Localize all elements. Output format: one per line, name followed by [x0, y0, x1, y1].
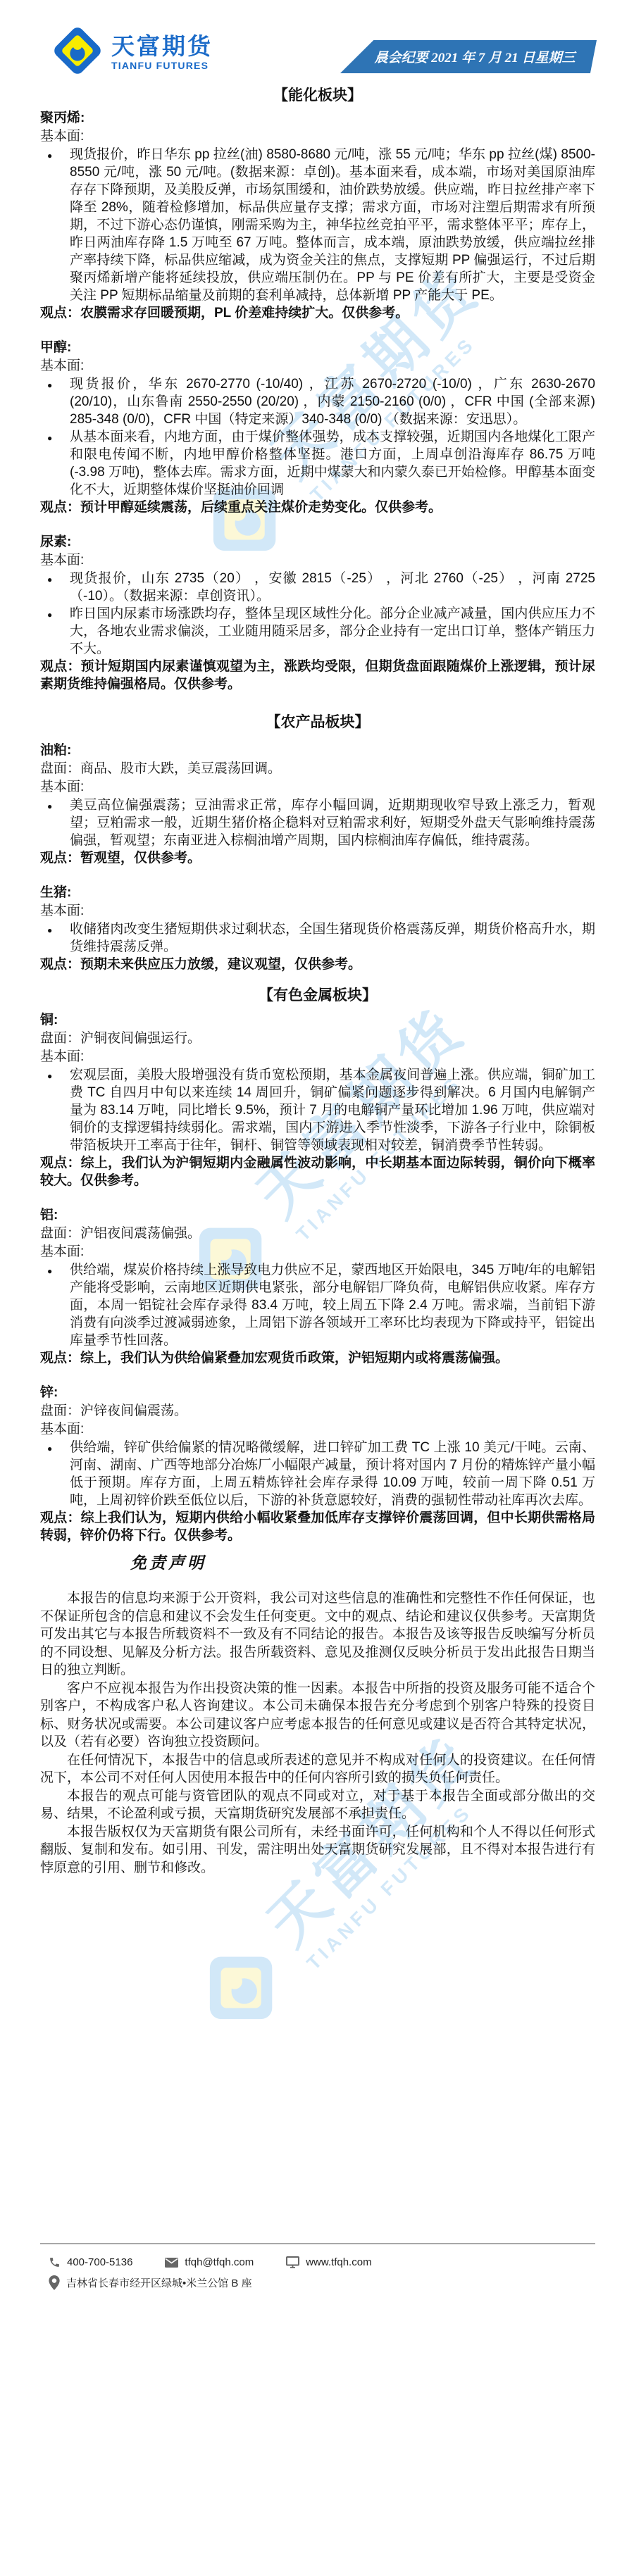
viewpoint: 观点：综上，我们认为沪铜短期内金融属性波动影响，中长期基本面边际转弱，铜价向下概…: [40, 1154, 595, 1189]
bullet-item: 从基本面来看，内地方面，由于煤价整体强势，成本支撑较强，近期国内各地煤化工限产和…: [40, 428, 595, 499]
viewpoint: 观点：暂观望，仅供参考。: [40, 849, 595, 867]
section-title: 【有色金属板块】: [40, 986, 595, 1005]
address-text: 吉林省长春市经开区绿城•米兰公馆 B 座: [66, 2275, 252, 2290]
viewpoint: 观点：农膜需求存回暖预期，PL 价差难持续扩大。仅供参考。: [40, 304, 595, 322]
disclaimer-paragraph: 在任何情况下，本报告中的信息或所表述的意见并不构成对任何人的投资建议。在任何情况…: [40, 1751, 595, 1787]
product-live-hogs: 生猪: 基本面: 收储猪肉改变生猪短期供求过剩状态，全国生猪现货价格震荡反弹，期…: [40, 884, 595, 973]
section-title: 【能化板块】: [40, 86, 595, 105]
viewpoint: 观点：综上，我们认为供给偏紧叠加宏观货币政策，沪铝短期内或将震荡偏强。: [40, 1349, 595, 1367]
product-polypropylene: 聚丙烯: 基本面: 现货报价，昨日华东 pp 拉丝(油) 8580-8680 元…: [40, 109, 595, 322]
section-energy-chemical: 【能化板块】 聚丙烯: 基本面: 现货报价，昨日华东 pp 拉丝(油) 8580…: [40, 86, 595, 710]
disclaimer-paragraph: 本报告版权仅为天富期货有限公司所有，未经书面许可，任何机构和个人不得以任何形式翻…: [40, 1823, 595, 1877]
tianfu-diamond-watermark-icon: [176, 1923, 308, 2055]
disclaimer-paragraph: 本报告的信息均来源于公开资料，我公司对这些信息的准确性和完整性不作任何保证，也不…: [40, 1589, 595, 1680]
basics-label: 基本面:: [40, 551, 595, 570]
market-line: 盘面：沪锌夜间偏震荡。: [40, 1402, 595, 1420]
product-zinc: 锌: 盘面：沪锌夜间偏震荡。 基本面: 供给端，锌矿供给偏紧的情况略微缓解，进口…: [40, 1384, 595, 1544]
product-urea: 尿素: 基本面: 现货报价，山东 2735（20） ，安徽 2815（-25） …: [40, 533, 595, 693]
company-name-en: TIANFU FUTURES: [111, 59, 213, 72]
product-methanol: 甲醇: 基本面: 现货报价，华东 2670-2770 (-10/40) ，江苏 …: [40, 339, 595, 516]
bullet-item: 现货报价，昨日华东 pp 拉丝(油) 8580-8680 元/吨，涨 55 元/…: [40, 146, 595, 304]
basics-label: 基本面:: [40, 778, 595, 796]
product-name: 铜:: [40, 1011, 595, 1030]
basics-label: 基本面:: [40, 1420, 595, 1439]
market-line: 盘面：沪铜夜间偏强运行。: [40, 1030, 595, 1048]
basics-label: 基本面:: [40, 357, 595, 375]
footer-phone: 400-700-5136: [49, 2256, 132, 2268]
section-title: 【农产品板块】: [40, 713, 595, 732]
basics-label: 基本面:: [40, 902, 595, 920]
report-title-date: 晨会纪要 2021 年 7 月 21 日星期三: [361, 47, 575, 66]
product-copper: 铜: 盘面：沪铜夜间偏强运行。 基本面: 宏观层面，美股大股增强没有货币宽松预期…: [40, 1011, 595, 1189]
bullet-item: 现货报价，山东 2735（20） ，安徽 2815（-25） ，河北 2760（…: [40, 570, 595, 605]
tianfu-diamond-logo-icon: [51, 24, 104, 81]
basics-label: 基本面:: [40, 1243, 595, 1261]
market-line: 盘面：商品、股市大跌，美豆震荡回调。: [40, 760, 595, 778]
market-line: 盘面：沪铝夜间震荡偏强。: [40, 1225, 595, 1243]
product-name: 铝:: [40, 1206, 595, 1225]
company-name-cn: 天富期货: [111, 34, 213, 59]
footer-website: www.tfqh.com: [286, 2256, 371, 2268]
product-name: 聚丙烯:: [40, 109, 595, 127]
basics-label: 基本面:: [40, 127, 595, 146]
report-title-banner: 晨会纪要 2021 年 7 月 21 日星期三: [340, 40, 597, 73]
footer-email: tfqh@tfqh.com: [165, 2256, 254, 2268]
location-pin-icon: [49, 2275, 60, 2290]
phone-icon: [49, 2256, 61, 2268]
product-name: 锌:: [40, 1384, 595, 1402]
phone-number: 400-700-5136: [67, 2256, 132, 2268]
disclaimer-section: 免责声明 本报告的信息均来源于公开资料，我公司对这些信息的准确性和完整性不作任何…: [40, 1553, 595, 1877]
footer-address: 吉林省长春市经开区绿城•米兰公馆 B 座: [49, 2275, 252, 2290]
bullet-item: 美豆高位偏强震荡；豆油需求正常，库存小幅回调，近期期现收窄导致上涨乏力，暂观望；…: [40, 796, 595, 849]
bullet-item: 供给端，煤炭价格持续上涨导致电力供应不足，蒙西地区开始限电，345 万吨/年的电…: [40, 1261, 595, 1349]
envelope-icon: [165, 2258, 178, 2268]
bullet-item: 收储猪肉改变生猪短期供求过剩状态，全国生猪现货价格震荡反弹，期货价格高升水，期货…: [40, 920, 595, 956]
viewpoint: 观点：预计甲醇延续震荡，后续重点关注煤价走势变化。仅供参考。: [40, 499, 595, 516]
section-agricultural: 【农产品板块】 油粕: 盘面：商品、股市大跌，美豆震荡回调。 基本面: 美豆高位…: [40, 713, 595, 990]
disclaimer-title: 免责声明: [130, 1553, 595, 1574]
viewpoint: 观点：综上我们认为，短期内供给小幅收紧叠加低库存支撑锌价震荡回调，但中长期供需格…: [40, 1509, 595, 1544]
product-aluminum: 铝: 盘面：沪铝夜间震荡偏强。 基本面: 供给端，煤炭价格持续上涨导致电力供应不…: [40, 1206, 595, 1367]
section-nonferrous-metals: 【有色金属板块】 铜: 盘面：沪铜夜间偏强运行。 基本面: 宏观层面，美股大股增…: [40, 986, 595, 1561]
footer-divider: [40, 2243, 595, 2244]
viewpoint: 观点：预期未来供应压力放缓，建议观望，仅供参考。: [40, 956, 595, 973]
email-address: tfqh@tfqh.com: [185, 2256, 254, 2268]
viewpoint: 观点：预计短期国内尿素谨慎观望为主，涨跌均受限，但期货盘面跟随煤价上涨逻辑，预计…: [40, 658, 595, 693]
website-url: www.tfqh.com: [306, 2256, 371, 2268]
contact-footer: 400-700-5136 tfqh@tfqh.com www.tfqh.com …: [40, 2243, 595, 2297]
bullet-item: 宏观层面，美股大股增强没有货币宽松预期，基本金属夜间普遍上涨。供应端，铜矿加工费…: [40, 1066, 595, 1154]
bullet-item: 供给端，锌矿供给偏紧的情况略微缓解，进口锌矿加工费 TC 上涨 10 美元/干吨…: [40, 1439, 595, 1509]
report-header: 天富期货 TIANFU FUTURES 晨会纪要 2021 年 7 月 21 日…: [0, 0, 634, 85]
company-logo: 天富期货 TIANFU FUTURES: [51, 24, 213, 81]
bullet-item: 昨日国内尿素市场涨跌均存，整体呈现区域性分化。部分企业减产减量，国内供应压力不大…: [40, 605, 595, 658]
product-name: 甲醇:: [40, 339, 595, 357]
disclaimer-paragraph: 客户不应视本报告为作出投资决策的惟一因素。本报告中所指的投资及服务可能不适合个别…: [40, 1680, 595, 1751]
monitor-icon: [286, 2256, 299, 2268]
bullet-item: 现货报价，华东 2670-2770 (-10/40) ，江苏 2670-2720…: [40, 375, 595, 428]
product-name: 油粕:: [40, 742, 595, 760]
basics-label: 基本面:: [40, 1048, 595, 1066]
product-oils-meal: 油粕: 盘面：商品、股市大跌，美豆震荡回调。 基本面: 美豆高位偏强震荡；豆油需…: [40, 742, 595, 867]
product-name: 尿素:: [40, 533, 595, 551]
disclaimer-paragraph: 本报告的观点可能与资管团队的观点不同或对立，对于基于本报告全面或部分做出的交易、…: [40, 1787, 595, 1823]
product-name: 生猪:: [40, 884, 595, 902]
